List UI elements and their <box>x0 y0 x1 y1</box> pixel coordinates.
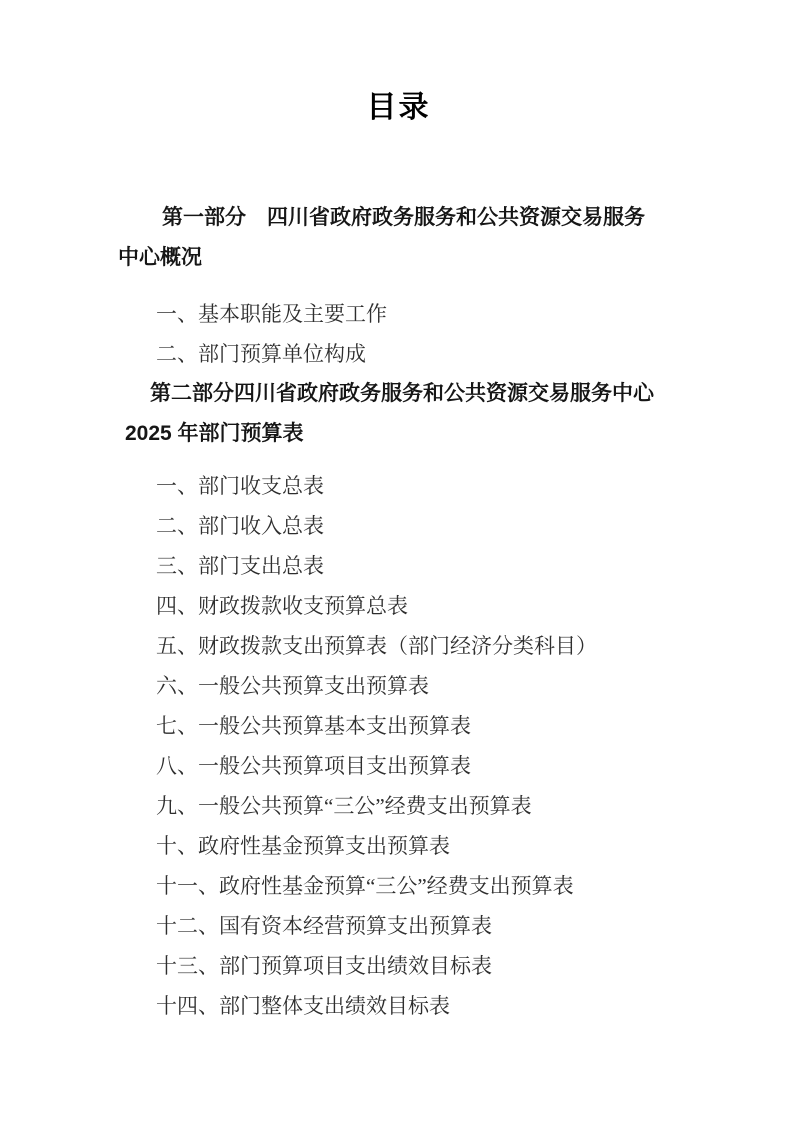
toc-item: 十二、国有资本经营预算支出预算表 <box>118 906 679 946</box>
document-page: 目录 第一部分 四川省政府政务服务和公共资源交易服务 中心概况 一、基本职能及主… <box>0 0 793 1122</box>
toc-title: 目录 <box>118 84 679 132</box>
toc-item: 三、部门支出总表 <box>118 546 679 586</box>
toc-item: 五、财政拨款支出预算表（部门经济分类科目） <box>118 626 679 666</box>
toc-item: 二、部门预算单位构成 <box>118 334 679 374</box>
toc-item: 四、财政拨款收支预算总表 <box>118 586 679 626</box>
toc-item: 七、一般公共预算基本支出预算表 <box>118 706 679 746</box>
toc-item: 一、部门收支总表 <box>118 466 679 506</box>
part-two-heading-line-2: 2025 年部门预算表 <box>118 414 679 454</box>
part-two-heading-line-1: 第二部分四川省政府政务服务和公共资源交易服务中心 <box>118 374 679 414</box>
part-one-items: 一、基本职能及主要工作 二、部门预算单位构成 <box>118 294 679 374</box>
toc-part-two: 第二部分四川省政府政务服务和公共资源交易服务中心 2025 年部门预算表 一、部… <box>118 374 679 1026</box>
toc-item: 六、一般公共预算支出预算表 <box>118 666 679 706</box>
toc-part-one: 第一部分 四川省政府政务服务和公共资源交易服务 中心概况 一、基本职能及主要工作… <box>118 198 679 374</box>
toc-item: 一、基本职能及主要工作 <box>118 294 679 334</box>
toc-item: 十四、部门整体支出绩效目标表 <box>118 986 679 1026</box>
part-two-items: 一、部门收支总表 二、部门收入总表 三、部门支出总表 四、财政拨款收支预算总表 … <box>118 466 679 1026</box>
toc-item: 八、一般公共预算项目支出预算表 <box>118 746 679 786</box>
toc-item: 二、部门收入总表 <box>118 506 679 546</box>
part-one-heading-line-2: 中心概况 <box>118 238 679 278</box>
toc-item: 十三、部门预算项目支出绩效目标表 <box>118 946 679 986</box>
part-one-heading-line-1: 第一部分 四川省政府政务服务和公共资源交易服务 <box>118 198 679 238</box>
toc-item: 十一、政府性基金预算“三公”经费支出预算表 <box>118 866 679 906</box>
toc-item: 十、政府性基金预算支出预算表 <box>118 826 679 866</box>
toc-item: 九、一般公共预算“三公”经费支出预算表 <box>118 786 679 826</box>
